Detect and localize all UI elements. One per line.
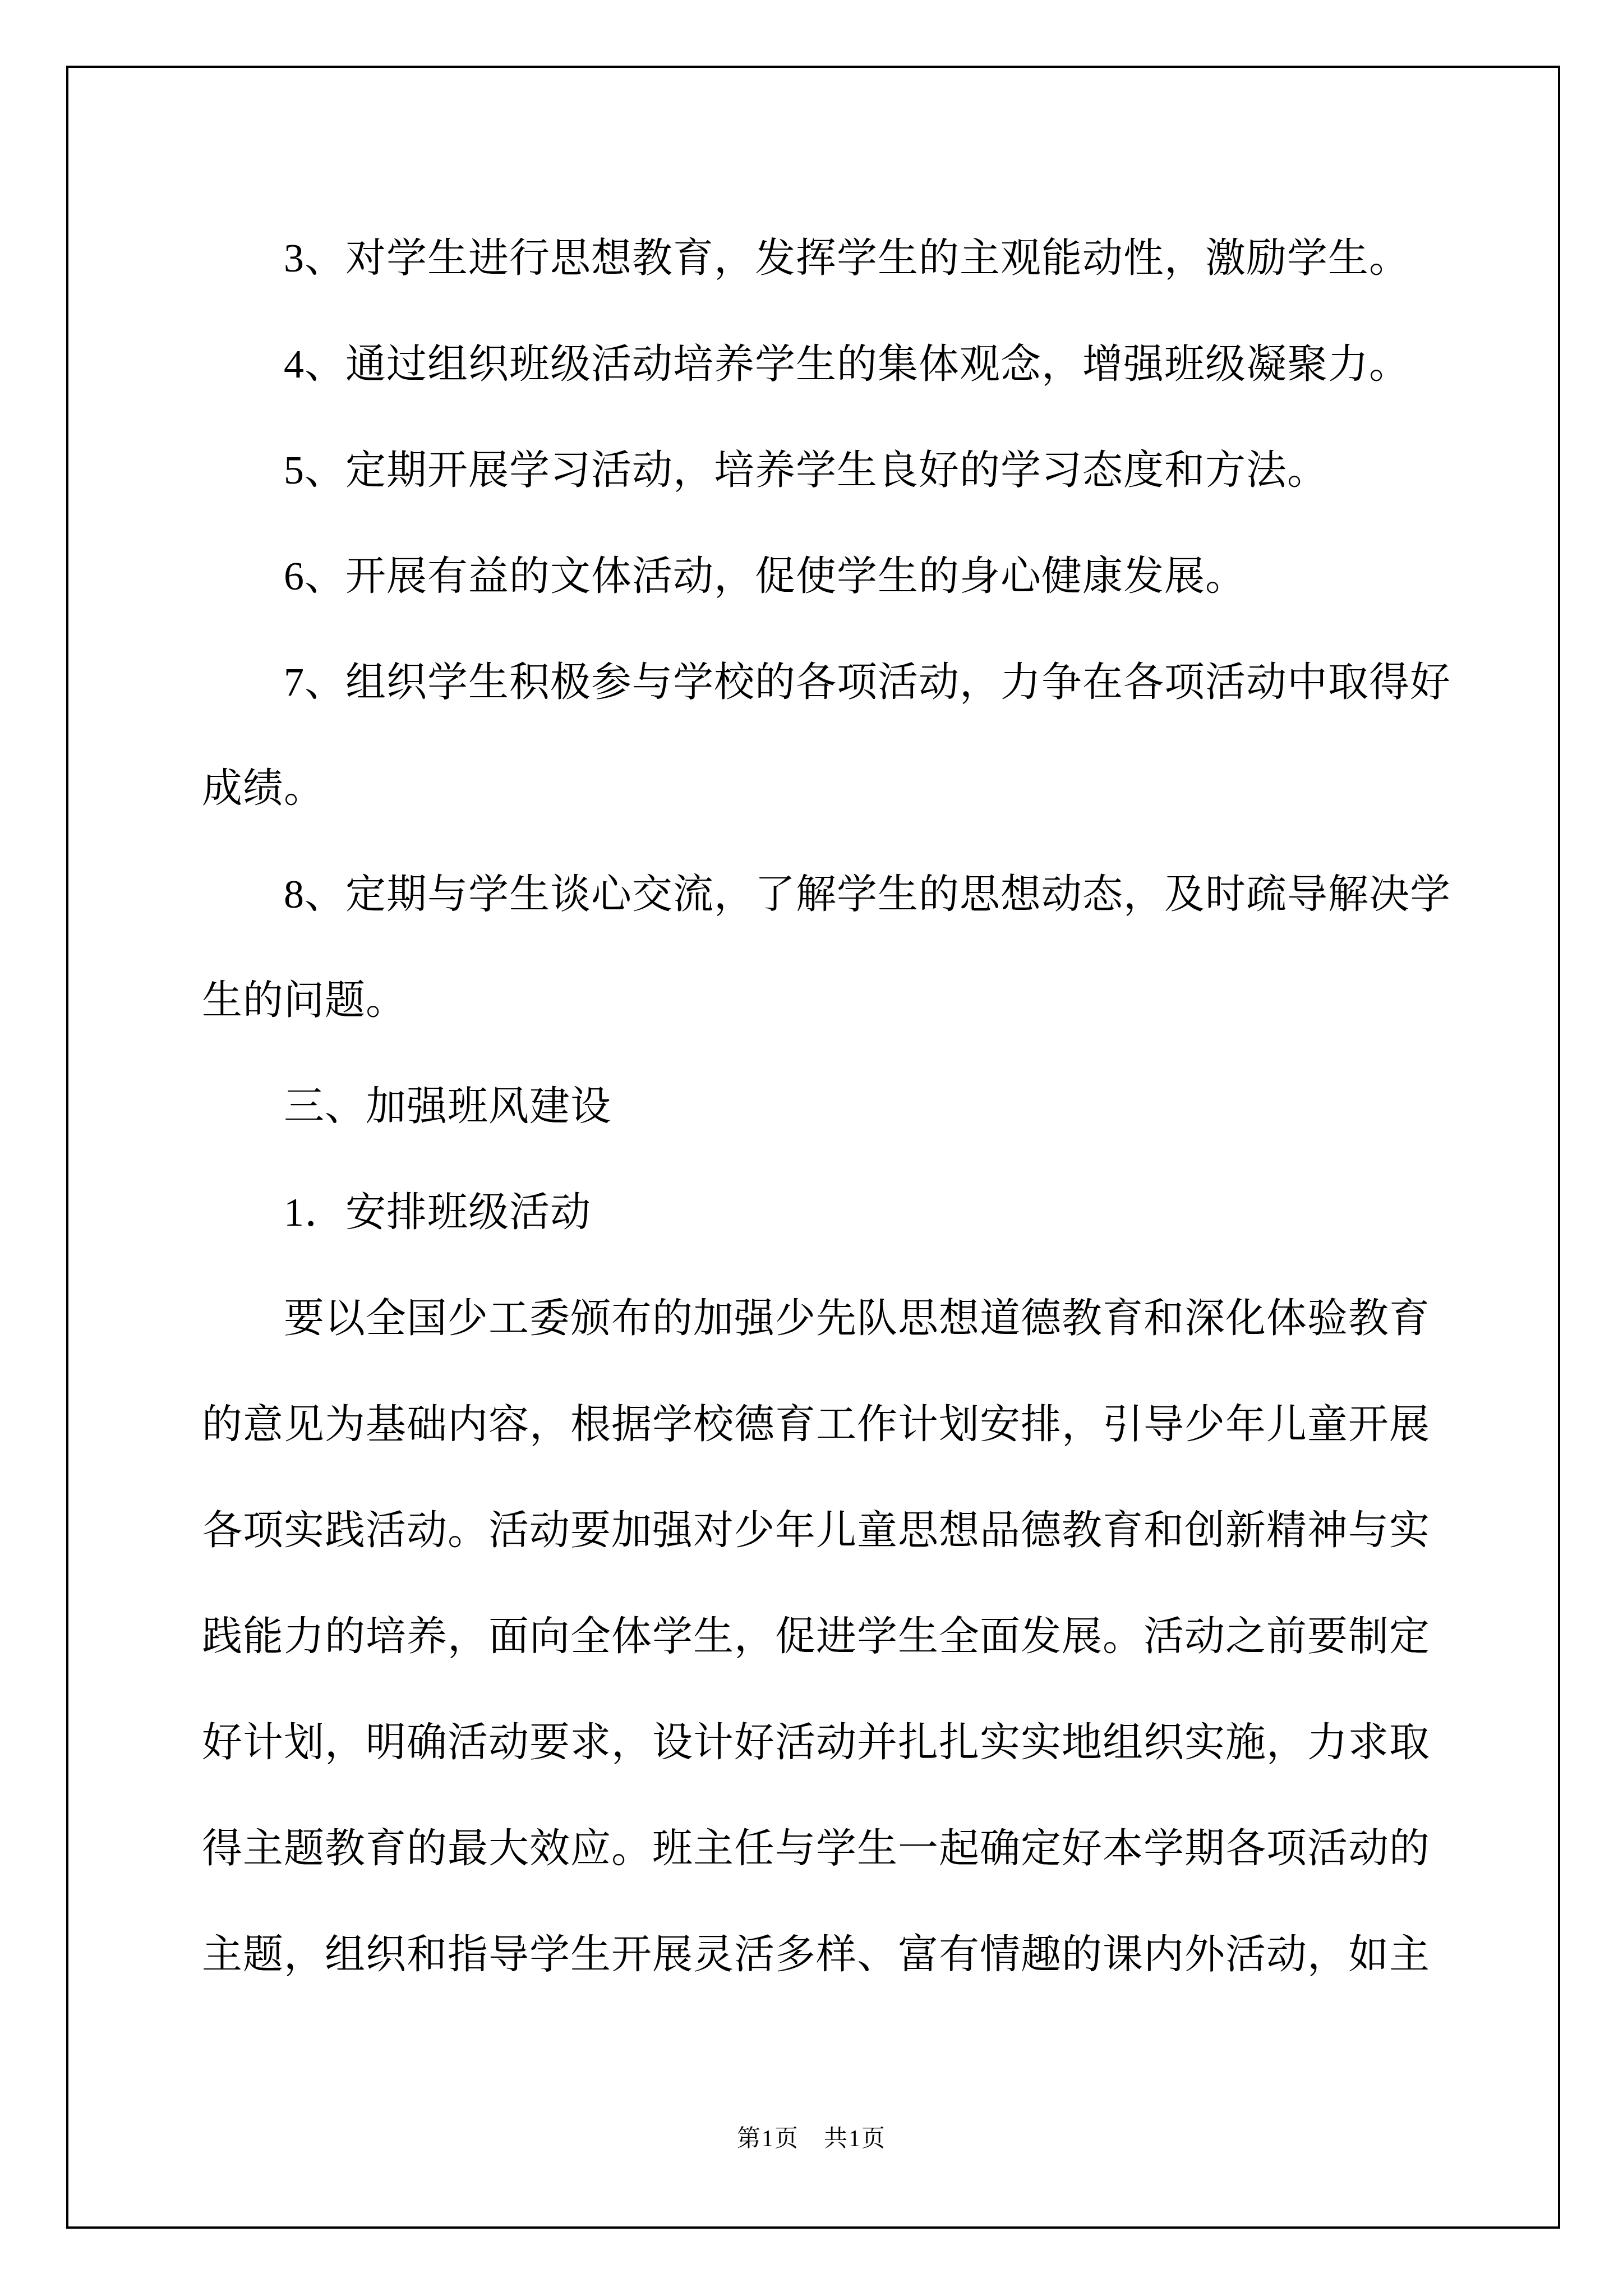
text-line: 8、定期与学生谈心交流，了解学生的思想动态，及时疏导解决学 [202, 841, 1433, 947]
text-line: 好计划，明确活动要求，设计好活动并扎扎实实地组织实施，力求取 [202, 1690, 1433, 1796]
text-line: 的意见为基础内容，根据学校德育工作计划安排，引导少年儿童开展 [202, 1372, 1433, 1478]
text-line: 3、对学生进行思想教育，发挥学生的主观能动性，激励学生。 [202, 205, 1433, 311]
document-page: 3、对学生进行思想教育，发挥学生的主观能动性，激励学生。4、通过组织班级活动培养… [0, 0, 1623, 2296]
text-line: 1．安排班级活动 [202, 1159, 1433, 1266]
text-line: 要以全国少工委颁布的加强少先队思想道德教育和深化体验教育 [202, 1266, 1433, 1372]
document-lines: 3、对学生进行思想教育，发挥学生的主观能动性，激励学生。4、通过组织班级活动培养… [202, 205, 1433, 2008]
text-line: 5、定期开展学习活动，培养学生良好的学习态度和方法。 [202, 417, 1433, 523]
text-line: 6、开展有益的文体活动，促使学生的身心健康发展。 [202, 523, 1433, 629]
text-line: 7、组织学生积极参与学校的各项活动，力争在各项活动中取得好 [202, 629, 1433, 735]
text-line: 4、通过组织班级活动培养学生的集体观念，增强班级凝聚力。 [202, 311, 1433, 417]
page-indicator: 第1页 共1页 [737, 2126, 886, 2152]
text-line: 主题，组织和指导学生开展灵活多样、富有情趣的课内外活动，如主 [202, 1902, 1433, 2008]
text-line: 生的问题。 [202, 947, 1433, 1053]
text-line: 得主题教育的最大效应。班主任与学生一起确定好本学期各项活动的 [202, 1796, 1433, 1902]
text-line: 践能力的培养，面向全体学生，促进学生全面发展。活动之前要制定 [202, 1584, 1433, 1690]
text-line: 成绩。 [202, 735, 1433, 841]
text-line: 三、加强班风建设 [202, 1053, 1433, 1159]
text-line: 各项实践活动。活动要加强对少年儿童思想品德教育和创新精神与实 [202, 1478, 1433, 1584]
page-footer: 第1页 共1页 [0, 2121, 1623, 2157]
